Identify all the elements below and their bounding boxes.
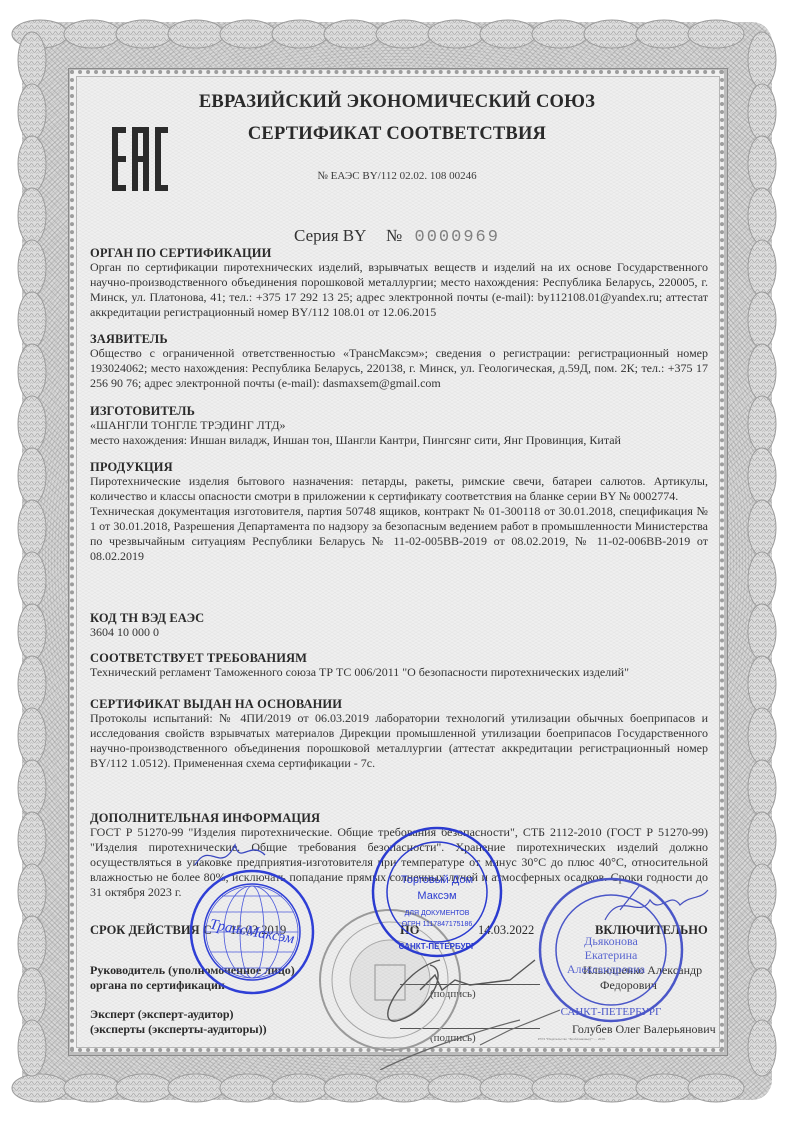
- section-body: Технический регламент Таможенного союза …: [90, 665, 708, 680]
- head-label: Руководитель (уполномоченное лицо): [90, 963, 295, 978]
- head-label-2: органа по сертификации: [90, 978, 225, 993]
- validity-to-label: ПО: [400, 923, 419, 938]
- printer-imprint: РУП "Издательство "Белбланкавыд"" ... 20…: [538, 1037, 605, 1041]
- head-signature-caption: (подпись): [430, 988, 476, 1000]
- validity-label: СРОК ДЕЙСТВИЯ С: [90, 923, 212, 938]
- section-body: Пиротехнические изделия бытового назначе…: [90, 474, 708, 564]
- section-requirements: СООТВЕТСТВУЕТ ТРЕБОВАНИЯМ Технический ре…: [90, 651, 708, 680]
- manufacturer-address: место нахождения: Иншан виладж, Иншан то…: [90, 433, 708, 448]
- validity-inclusive: ВКЛЮЧИТЕЛЬНО: [595, 923, 708, 938]
- section-title: ПРОДУКЦИЯ: [90, 460, 708, 474]
- form-series: Серия BY № 0000969: [0, 226, 794, 247]
- section-title: КОД ТН ВЭД ЕАЭС: [90, 611, 708, 625]
- section-title: ЗАЯВИТЕЛЬ: [90, 332, 708, 346]
- manufacturer-name: «ШАНГЛИ ТОНГЛЕ ТРЭДИНГ ЛТД»: [90, 418, 708, 433]
- section-certification-body: ОРГАН ПО СЕРТИФИКАЦИИ Орган по сертифика…: [90, 246, 708, 320]
- section-products: ПРОДУКЦИЯ Пиротехнические изделия бытово…: [90, 460, 708, 564]
- section-body: Орган по сертификации пиротехнических из…: [90, 260, 708, 320]
- head-name: Ильюшенко Александр: [583, 963, 702, 978]
- expert-label: Эксперт (эксперт-аудитор): [90, 1007, 234, 1022]
- section-body: ГОСТ Р 51270-99 "Изделия пиротехнические…: [90, 825, 708, 900]
- section-body: Протоколы испытаний: № 4ПИ/2019 от 06.03…: [90, 711, 708, 771]
- form-number: 0000969: [415, 228, 500, 247]
- section-title: ОРГАН ПО СЕРТИФИКАЦИИ: [90, 246, 708, 260]
- expert-label-2: (эксперты (эксперты-аудиторы)): [90, 1022, 267, 1037]
- section-manufacturer: ИЗГОТОВИТЕЛЬ «ШАНГЛИ ТОНГЛЕ ТРЭДИНГ ЛТД»…: [90, 404, 708, 448]
- series-label: Серия BY: [294, 226, 366, 245]
- expert-name: Голубев Олег Валерьянович: [572, 1022, 716, 1037]
- section-hs-code: КОД ТН ВЭД ЕАЭС 3604 10 000 0: [90, 611, 708, 640]
- number-sign: №: [386, 226, 402, 245]
- document-title: СЕРТИФИКАТ СООТВЕТСТВИЯ: [0, 124, 794, 145]
- section-additional-info: ДОПОЛНИТЕЛЬНАЯ ИНФОРМАЦИЯ ГОСТ Р 51270-9…: [90, 811, 708, 900]
- products-paragraph: Пиротехнические изделия бытового назначе…: [90, 474, 708, 504]
- products-paragraph: Техническая документация изготовителя, п…: [90, 504, 708, 564]
- hs-code-value: 3604 10 000 0: [90, 625, 708, 640]
- validity-row: СРОК ДЕЙСТВИЯ С 15.03.2019 ПО 14.03.2022…: [90, 923, 710, 941]
- head-name-2: Федорович: [600, 978, 657, 993]
- section-title: СЕРТИФИКАТ ВЫДАН НА ОСНОВАНИИ: [90, 697, 708, 711]
- valid-to-date: 14.03.2022: [478, 923, 534, 938]
- valid-from-date: 15.03.2019: [230, 923, 286, 938]
- section-title: ИЗГОТОВИТЕЛЬ: [90, 404, 708, 418]
- section-body: Общество с ограниченной ответственностью…: [90, 346, 708, 391]
- section-applicant: ЗАЯВИТЕЛЬ Общество с ограниченной ответс…: [90, 332, 708, 391]
- certificate-number: № ЕАЭС BY/112 02.02. 108 00246: [0, 170, 794, 182]
- head-signature-line: [400, 984, 540, 985]
- section-issued-basis: СЕРТИФИКАТ ВЫДАН НА ОСНОВАНИИ Протоколы …: [90, 697, 708, 771]
- expert-signature-line: [400, 1028, 540, 1029]
- expert-signature-caption: (подпись): [430, 1032, 476, 1044]
- section-title: СООТВЕТСТВУЕТ ТРЕБОВАНИЯМ: [90, 651, 708, 665]
- section-title: ДОПОЛНИТЕЛЬНАЯ ИНФОРМАЦИЯ: [90, 811, 708, 825]
- union-title: ЕВРАЗИЙСКИЙ ЭКОНОМИЧЕСКИЙ СОЮЗ: [0, 92, 794, 113]
